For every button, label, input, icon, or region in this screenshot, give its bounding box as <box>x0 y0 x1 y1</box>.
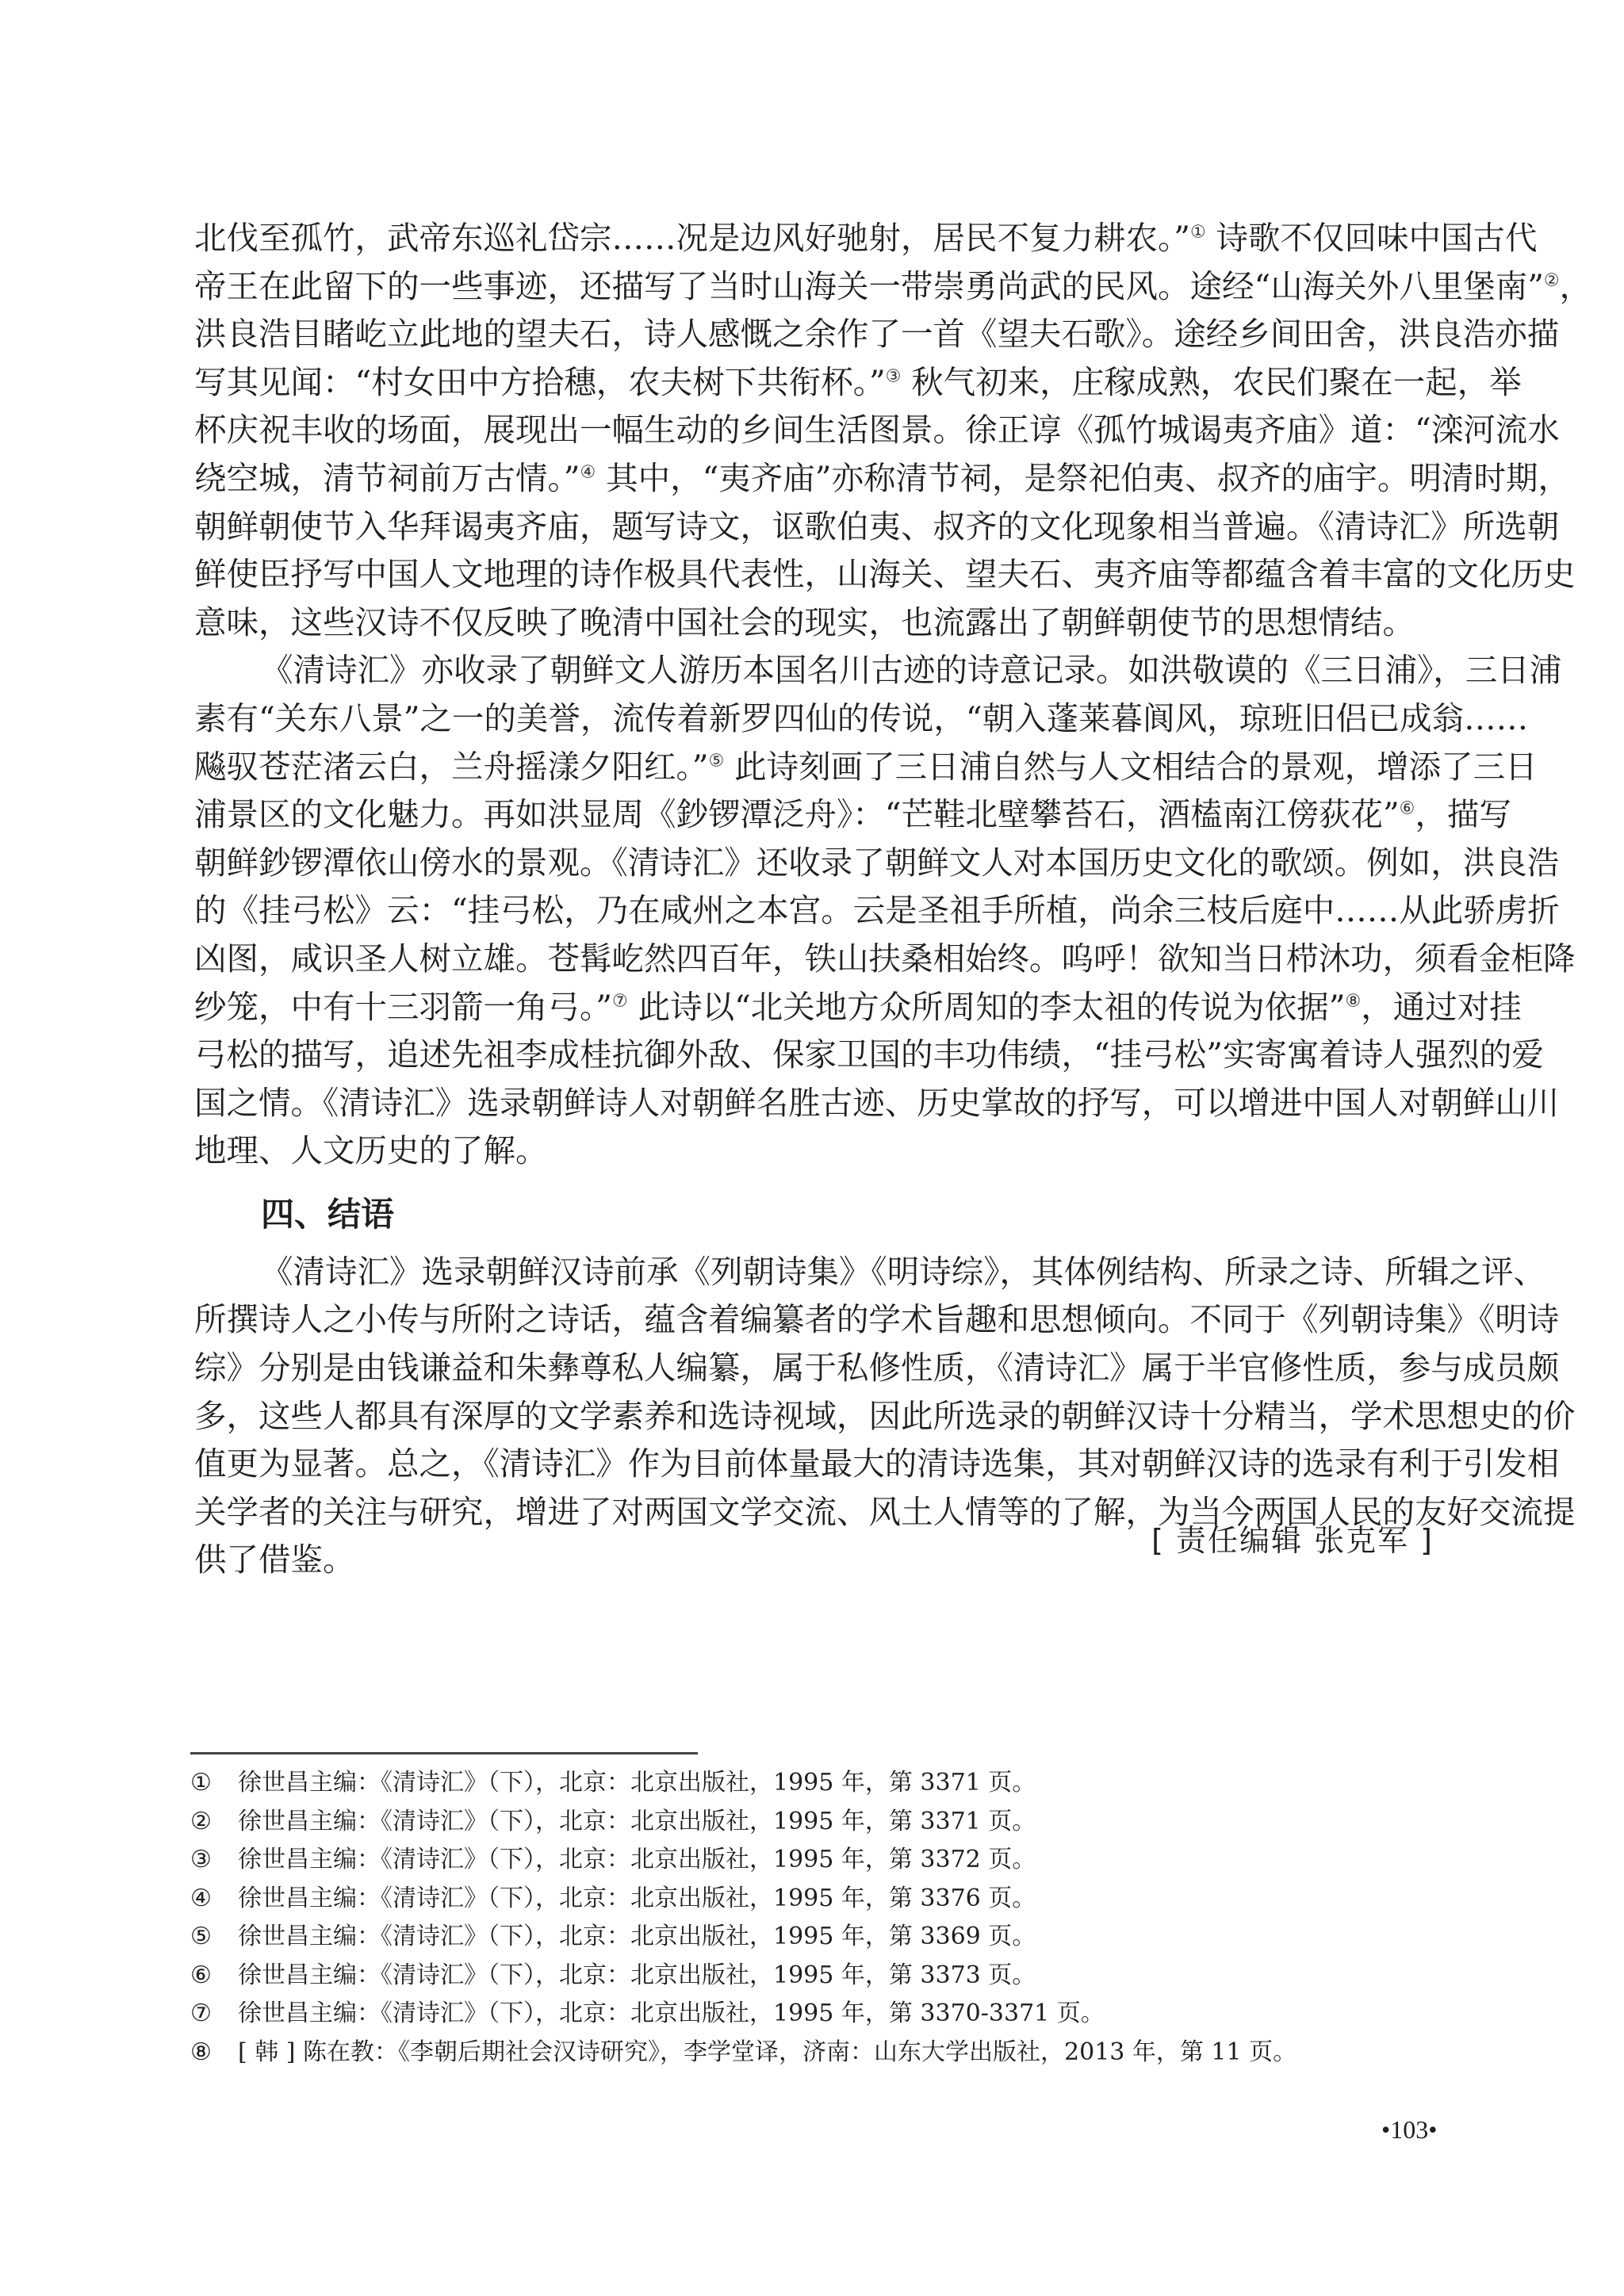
footnote-ref-6[interactable]: ⑥ <box>1400 799 1415 819</box>
text-line: 绕空城，清节祠前万古情。”④ 其中，“夷齐庙”亦称清节祠，是祭祀伯夷、叔齐的庙宇… <box>194 454 1434 503</box>
text-line: 帝王在此留下的一些事迹，还描写了当时山海关一带崇勇尚武的民风。途经“山海关外八里… <box>194 262 1434 311</box>
text-line: 弓松的描写，追述先祖李成桂抗御外敌、保家卫国的丰功伟绩，“挂弓松”实寄寓着诗人强… <box>194 1031 1434 1079</box>
text-line: 多，这些人都具有深厚的文学素养和选诗视域，因此所选录的朝鲜汉诗十分精当，学术思想… <box>194 1392 1434 1441</box>
paragraph-1: 北伐至孤竹，武帝东巡礼岱宗……况是边风好驰射，居民不复力耕农。”① 诗歌不仅回味… <box>194 214 1434 646</box>
footnote-text: 徐世昌主编：《清诗汇》（下），北京：北京出版社，1995 年，第 3371 页。 <box>238 1769 1036 1797</box>
text-line: 北伐至孤竹，武帝东巡礼岱宗……况是边风好驰射，居民不复力耕农。”① 诗歌不仅回味… <box>194 214 1434 262</box>
footnote-7: ⑦徐世昌主编：《清诗汇》（下），北京：北京出版社，1995 年，第 3370-3… <box>190 1995 1435 2034</box>
footnote-number: ⑥ <box>190 1957 238 1996</box>
text-line: 杯庆祝丰收的场面，展现出一幅生动的乡间生活图景。徐正谆《孤竹城谒夷齐庙》道：“滦… <box>194 406 1434 454</box>
text-line: 意味，这些汉诗不仅反映了晚清中国社会的现实，也流露出了朝鲜朝使节的思想情结。 <box>194 599 1434 647</box>
footnote-text: 徐世昌主编：《清诗汇》（下），北京：北京出版社，1995 年，第 3376 页。 <box>238 1885 1036 1912</box>
responsible-editor-note: [ 责任编辑 张克军 ] <box>1151 1516 1434 1559</box>
text-line: 《清诗汇》亦收录了朝鲜文人游历本国名川古迹的诗意记录。如洪敬谟的《三日浦》，三日… <box>194 646 1434 695</box>
footnote-number: ⑤ <box>190 1918 238 1957</box>
footnote-8: ⑧[ 韩 ] 陈在教：《李朝后期社会汉诗研究》，李学堂译，济南：山东大学出版社，… <box>190 2034 1435 2072</box>
text-line: 鲜使臣抒写中国人文地理的诗作极具代表性，山海关、望夫石、夷齐庙等都蕴含着丰富的文… <box>194 550 1434 599</box>
text-line: 朝鲜朝使节入华拜谒夷齐庙，题写诗文，讴歌伯夷、叔齐的文化现象相当普遍。《清诗汇》… <box>194 503 1434 551</box>
footnote-ref-5[interactable]: ⑤ <box>708 751 724 771</box>
footnote-5: ⑤徐世昌主编：《清诗汇》（下），北京：北京出版社，1995 年，第 3369 页… <box>190 1918 1435 1957</box>
footnote-ref-7[interactable]: ⑦ <box>612 991 628 1011</box>
page-number: •103• <box>1381 2115 1437 2145</box>
paragraph-2: 《清诗汇》亦收录了朝鲜文人游历本国名川古迹的诗意记录。如洪敬谟的《三日浦》，三日… <box>194 646 1434 1175</box>
text-line: 国之情。《清诗汇》选录朝鲜诗人对朝鲜名胜古迹、历史掌故的抒写，可以增进中国人对朝… <box>194 1079 1434 1127</box>
footnote-number: ③ <box>190 1841 238 1880</box>
footnote-number: ④ <box>190 1880 238 1919</box>
text-line: 写其见闻：“村女田中方拾穗，农夫树下共衔杯。”③ 秋气初来，庄稼成熟，农民们聚在… <box>194 358 1434 407</box>
text-line: 洪良浩目睹屹立此地的望夫石，诗人感慨之余作了一首《望夫石歌》。途经乡间田舍，洪良… <box>194 310 1434 358</box>
text-line: 地理、人文历史的了解。 <box>194 1127 1434 1175</box>
text-line: 的《挂弓松》云：“挂弓松，乃在咸州之本宫。云是圣祖手所植，尚余三枝后庭中……从此… <box>194 886 1434 935</box>
text-line: 纱笼，中有十三羽箭一角弓。”⑦ 此诗以“北关地方众所周知的李太祖的传说为依据”⑧… <box>194 983 1434 1031</box>
footnote-ref-4[interactable]: ④ <box>580 462 596 482</box>
text-line: 所撰诗人之小传与所附之诗话，蕴含着编纂者的学术旨趣和思想倾向。不同于《列朝诗集》… <box>194 1295 1434 1344</box>
footnote-4: ④徐世昌主编：《清诗汇》（下），北京：北京出版社，1995 年，第 3376 页… <box>190 1880 1435 1919</box>
text-line: 《清诗汇》选录朝鲜汉诗前承《列朝诗集》《明诗综》，其体例结构、所录之诗、所辑之评… <box>194 1248 1434 1296</box>
footnote-text: 徐世昌主编：《清诗汇》（下），北京：北京出版社，1995 年，第 3370-33… <box>238 1999 1105 2027</box>
footnote-number: ⑧ <box>190 2034 238 2072</box>
footnote-ref-3[interactable]: ③ <box>886 366 902 386</box>
footnote-text: 徐世昌主编：《清诗汇》（下），北京：北京出版社，1995 年，第 3369 页。 <box>238 1923 1036 1950</box>
footnote-6: ⑥徐世昌主编：《清诗汇》（下），北京：北京出版社，1995 年，第 3373 页… <box>190 1957 1435 1996</box>
footnote-divider <box>190 1752 698 1755</box>
footnote-2: ②徐世昌主编：《清诗汇》（下），北京：北京出版社，1995 年，第 3371 页… <box>190 1803 1435 1842</box>
article-body: 北伐至孤竹，武帝东巡礼岱宗……况是边风好驰射，居民不复力耕农。”① 诗歌不仅回味… <box>194 214 1434 1584</box>
footnote-3: ③徐世昌主编：《清诗汇》（下），北京：北京出版社，1995 年，第 3372 页… <box>190 1841 1435 1880</box>
text-line: 浦景区的文化魅力。再如洪显周《鈔锣潭泛舟》：“芒鞋北壁攀苔石，酒榼南江傍荻花”⑥… <box>194 790 1434 839</box>
footnote-text: 徐世昌主编：《清诗汇》（下），北京：北京出版社，1995 年，第 3373 页。 <box>238 1961 1036 1989</box>
footnote-1: ①徐世昌主编：《清诗汇》（下），北京：北京出版社，1995 年，第 3371 页… <box>190 1764 1435 1803</box>
text-line: 朝鲜鈔锣潭依山傍水的景观。《清诗汇》还收录了朝鲜文人对本国历史文化的歌颂。例如，… <box>194 839 1434 887</box>
text-line: 凶图，咸识圣人树立雄。苍髯屹然四百年，铁山扶桑相始终。呜呼！欲知当日栉沐功，须看… <box>194 935 1434 983</box>
footnotes: ①徐世昌主编：《清诗汇》（下），北京：北京出版社，1995 年，第 3371 页… <box>190 1764 1435 2072</box>
section-heading: 四、结语 <box>194 1181 1434 1248</box>
footnote-text: 徐世昌主编：《清诗汇》（下），北京：北京出版社，1995 年，第 3372 页。 <box>238 1846 1036 1873</box>
footnote-number: ① <box>190 1764 238 1803</box>
text-line: 综》分别是由钱谦益和朱彝尊私人编纂，属于私修性质，《清诗汇》属于半官修性质，参与… <box>194 1344 1434 1392</box>
text-line: 飚驭苍茫渚云白，兰舟摇漾夕阳红。”⑤ 此诗刻画了三日浦自然与人文相结合的景观，增… <box>194 743 1434 791</box>
footnote-text: [ 韩 ] 陈在教：《李朝后期社会汉诗研究》，李学堂译，济南：山东大学出版社，2… <box>238 2038 1297 2066</box>
footnote-number: ② <box>190 1803 238 1842</box>
footnote-ref-8[interactable]: ⑧ <box>1346 991 1362 1011</box>
footnote-ref-2[interactable]: ② <box>1544 270 1560 290</box>
text-line: 素有“关东八景”之一的美誉，流传着新罗四仙的传说，“朝入蓬莱暮阆风，琼班旧侣已成… <box>194 695 1434 743</box>
footnote-text: 徐世昌主编：《清诗汇》（下），北京：北京出版社，1995 年，第 3371 页。 <box>238 1808 1036 1835</box>
footnote-number: ⑦ <box>190 1995 238 2034</box>
text-line: 值更为显著。总之，《清诗汇》作为目前体量最大的清诗选集，其对朝鲜汉诗的选录有利于… <box>194 1440 1434 1488</box>
footnote-ref-1[interactable]: ① <box>1190 223 1206 243</box>
